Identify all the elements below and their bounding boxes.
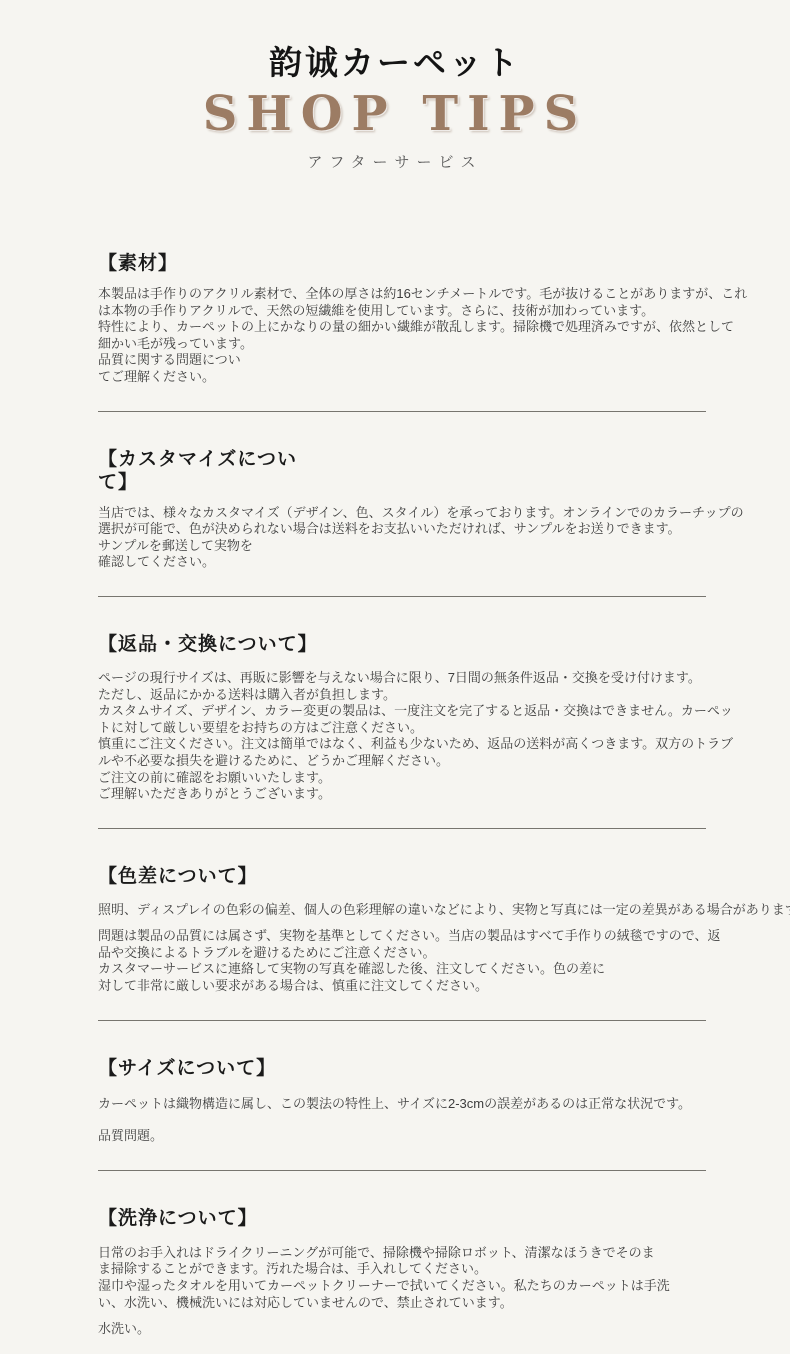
page-header: 韵诚カーペット SHOP TIPS アフターサービス <box>0 0 790 172</box>
section-customization-heading: 【カスタマイズについ て】 <box>98 448 758 494</box>
section-material-heading: 【素材】 <box>98 252 758 275</box>
after-service-subtitle: アフターサービス <box>0 154 790 172</box>
section-returns-exchange: 【返品・交換について】 ページの現行サイズは、再販に影響を与えない場合に限り、7… <box>98 633 758 803</box>
section-color-difference: 【色差について】 照明、ディスプレイの色彩の偏差、個人の色彩理解の違いなどにより… <box>98 865 758 995</box>
shop-tips-logo: SHOP TIPS <box>0 86 790 142</box>
section-customization: 【カスタマイズについ て】 当店では、様々なカスタマイズ（デザイン、色、スタイル… <box>98 448 758 571</box>
section-divider <box>98 1170 706 1171</box>
section-material: 【素材】 本製品は手作りのアクリル素材で、全体の厚さは約16センチメートルです。… <box>98 252 758 386</box>
section-divider <box>98 411 706 412</box>
section-washing-body: 日常のお手入れはドライクリーニングが可能で、掃除機や掃除ロボット、清潔なほうきで… <box>98 1245 758 1311</box>
section-returns-body: ページの現行サイズは、再販に影響を与えない場合に限り、7日間の無条件返品・交換を… <box>98 670 758 803</box>
section-washing-heading: 【洗浄について】 <box>98 1207 758 1230</box>
section-divider <box>98 1020 706 1021</box>
section-washing: 【洗浄について】 日常のお手入れはドライクリーニングが可能で、掃除機や掃除ロボッ… <box>98 1207 758 1338</box>
section-size-body-2: 品質問題。 <box>98 1128 758 1145</box>
section-size-body: カーペットは織物構造に属し、この製法の特性上、サイズに2-3cmの誤差があるのは… <box>98 1096 758 1113</box>
section-size: 【サイズについて】 カーペットは織物構造に属し、この製法の特性上、サイズに2-3… <box>98 1057 758 1145</box>
section-returns-heading: 【返品・交換について】 <box>98 633 758 656</box>
section-material-body: 本製品は手作りのアクリル素材で、全体の厚さは約16センチメートルです。毛が抜ける… <box>98 286 758 386</box>
shop-tips-page: 韵诚カーペット SHOP TIPS アフターサービス 【素材】 本製品は手作りの… <box>0 0 790 1354</box>
section-color-difference-heading: 【色差について】 <box>98 865 758 888</box>
section-divider <box>98 828 706 829</box>
section-color-difference-body-2: 問題は製品の品質には属さず、実物を基準としてください。当店の製品はすべて手作りの… <box>98 928 758 994</box>
section-color-difference-body: 照明、ディスプレイの色彩の偏差、個人の色彩理解の違いなどにより、実物と写真には一… <box>98 902 758 919</box>
section-washing-body-2: 水洗い。 <box>98 1321 758 1338</box>
section-customization-body: 当店では、様々なカスタマイズ（デザイン、色、スタイル）を承っております。オンライ… <box>98 505 758 571</box>
section-divider <box>98 596 706 597</box>
brand-title: 韵诚カーペット <box>0 44 790 82</box>
section-size-heading: 【サイズについて】 <box>98 1057 758 1080</box>
content-column: 【素材】 本製品は手作りのアクリル素材で、全体の厚さは約16センチメートルです。… <box>98 252 758 1338</box>
